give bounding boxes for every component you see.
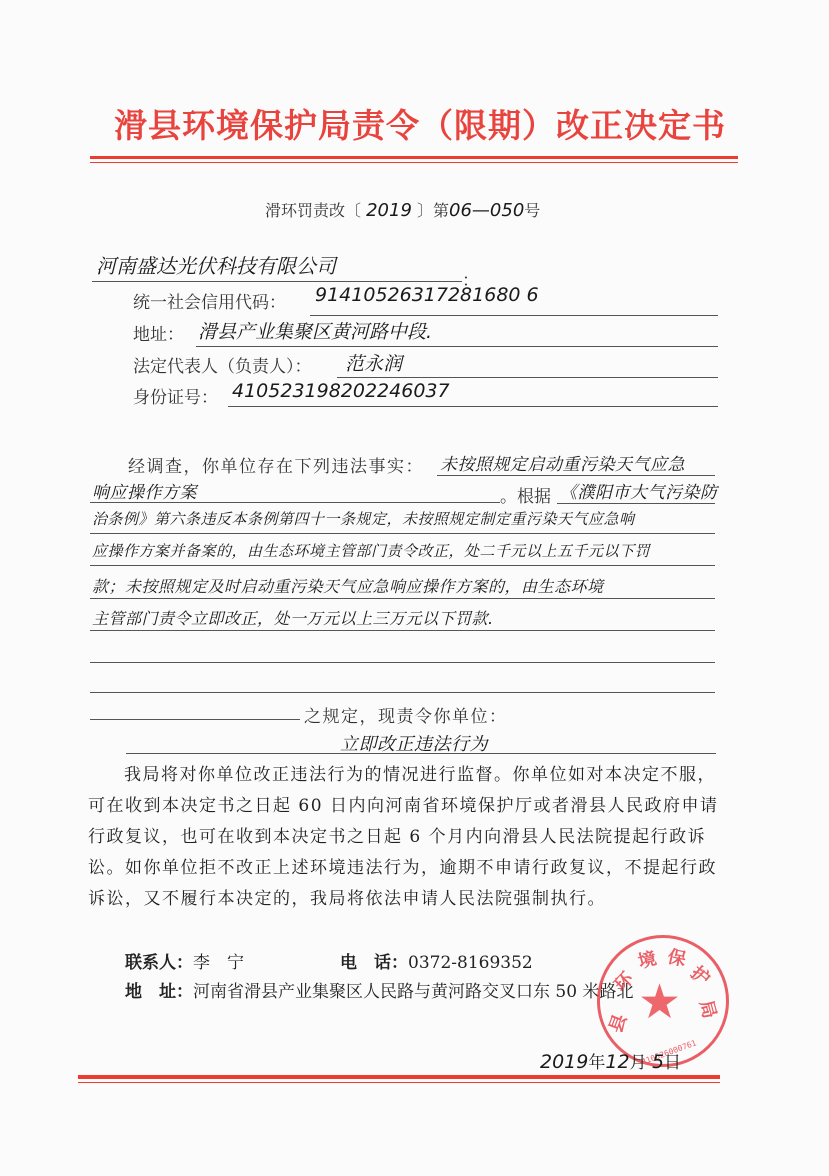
basis-line1: 《濮阳市大气污染防 bbox=[560, 478, 718, 503]
date-day-unit: 日 bbox=[664, 1053, 681, 1073]
order-label: 之规定，现责令你单位： bbox=[304, 702, 508, 727]
credit-code-label: 统一社会信用代码： bbox=[133, 288, 286, 313]
seal-char-2: 环 bbox=[607, 965, 638, 996]
recipient-underline bbox=[92, 281, 462, 282]
doc-number: 滑环罚责改〔 2019 〕第06—050号 bbox=[265, 198, 540, 221]
violation-fact-underline1 bbox=[437, 475, 715, 476]
star-icon: ★ bbox=[638, 978, 681, 1026]
violation-fact-line1: 未按照规定启动重污染天气应急 bbox=[440, 450, 685, 475]
issue-date: 2019年12月 5日 bbox=[540, 1048, 681, 1073]
contact-phone-label: 电 话： bbox=[340, 953, 408, 973]
blank-underline2 bbox=[90, 692, 715, 693]
id-number-value: 410523198202246037 bbox=[232, 380, 450, 402]
date-day: 5 bbox=[652, 1051, 664, 1073]
legal-rep-label: 法定代表人（负责人）： bbox=[133, 352, 312, 377]
seal-char-4: 保 bbox=[665, 942, 688, 971]
violation-fact-underline2 bbox=[90, 502, 500, 503]
seal-char-5: 护 bbox=[686, 959, 717, 990]
date-year-unit: 年 bbox=[588, 1053, 605, 1073]
doc-number-suffix: 号 bbox=[524, 201, 540, 220]
doc-number-middle: 〕第 bbox=[417, 201, 449, 220]
basis-line3: 应操作方案并备案的，由生态环境主管部门责令改正，处二千元以上五千元以下罚 bbox=[92, 540, 650, 561]
contact-address: 地 址：河南省滑县产业集聚区人民路与黄河路交叉口东 50 米路北 bbox=[125, 977, 633, 1002]
credit-code-value: 91410526317281680 6 bbox=[315, 284, 539, 306]
doc-number-prefix: 滑环罚责改〔 bbox=[265, 201, 361, 220]
contact-address-label: 地 址： bbox=[125, 982, 193, 1002]
legal-rep-value: 范永润 bbox=[345, 349, 402, 376]
contact-address-value: 河南省滑县产业集聚区人民路与黄河路交叉口东 50 米路北 bbox=[193, 982, 633, 1002]
address-underline bbox=[196, 346, 718, 347]
recipient-name: 河南盛达光伏科技有限公司 bbox=[96, 250, 336, 279]
seal-char-1: 县 bbox=[602, 1010, 633, 1036]
order-basis-underline bbox=[90, 719, 300, 720]
address-value: 滑县产业集聚区黄河路中段. bbox=[198, 317, 432, 344]
bottom-rule-thick bbox=[78, 1075, 720, 1079]
date-month-unit: 月 bbox=[630, 1053, 647, 1073]
violation-fact-line2: 响应操作方案 bbox=[92, 478, 197, 503]
id-number-underline bbox=[228, 406, 718, 407]
date-month: 12 bbox=[605, 1051, 629, 1073]
bottom-rule-thin bbox=[78, 1082, 720, 1083]
basis-line4: 款；未按照规定及时启动重污染天气应急响应操作方案的，由生态环境 bbox=[92, 574, 604, 597]
doc-number-year: 2019 bbox=[366, 200, 412, 221]
credit-code-underline bbox=[310, 315, 718, 316]
date-year: 2019 bbox=[540, 1051, 588, 1073]
contact-person-value: 李 宁 bbox=[193, 953, 244, 973]
basis-underline2 bbox=[90, 533, 715, 534]
basis-underline1 bbox=[557, 503, 715, 504]
title-rule-thick bbox=[90, 156, 738, 159]
seal-char-6: 局 bbox=[694, 997, 724, 1021]
contact-person: 联系人：李 宁 bbox=[125, 948, 244, 973]
basis-underline3 bbox=[90, 565, 715, 566]
contact-phone-value: 0372-8169352 bbox=[408, 953, 533, 973]
id-number-label: 身份证号： bbox=[133, 383, 218, 408]
basis-underline4 bbox=[90, 598, 715, 599]
title-rule-thin bbox=[90, 162, 738, 163]
contact-phone: 电 话：0372-8169352 bbox=[340, 948, 533, 973]
basis-label: 。根据 bbox=[500, 482, 551, 507]
order-underline bbox=[126, 753, 716, 754]
violation-intro: 经调查，你单位存在下列违法事实： bbox=[128, 452, 424, 477]
document-title: 滑县环境保护局责令（限期）改正决定书 bbox=[90, 100, 750, 147]
notice-paragraph: 我局将对你单位改正违法行为的情况进行监督。你单位如对本决定不服，可在收到本决定书… bbox=[88, 760, 720, 915]
basis-line2: 治条例》第六条违反本条例第四十一条规定，未按照规定制定重污染天气应急响 bbox=[92, 508, 635, 529]
address-label: 地址： bbox=[133, 320, 184, 345]
blank-underline1 bbox=[90, 662, 715, 663]
contact-person-label: 联系人： bbox=[125, 953, 193, 973]
basis-line5: 主管部门责令立即改正，处一万元以上三万元以下罚款. bbox=[92, 606, 494, 629]
legal-rep-underline bbox=[337, 377, 718, 378]
basis-underline5 bbox=[90, 630, 715, 631]
doc-number-value: 06—050 bbox=[449, 200, 524, 221]
seal-char-3: 境 bbox=[635, 944, 659, 974]
